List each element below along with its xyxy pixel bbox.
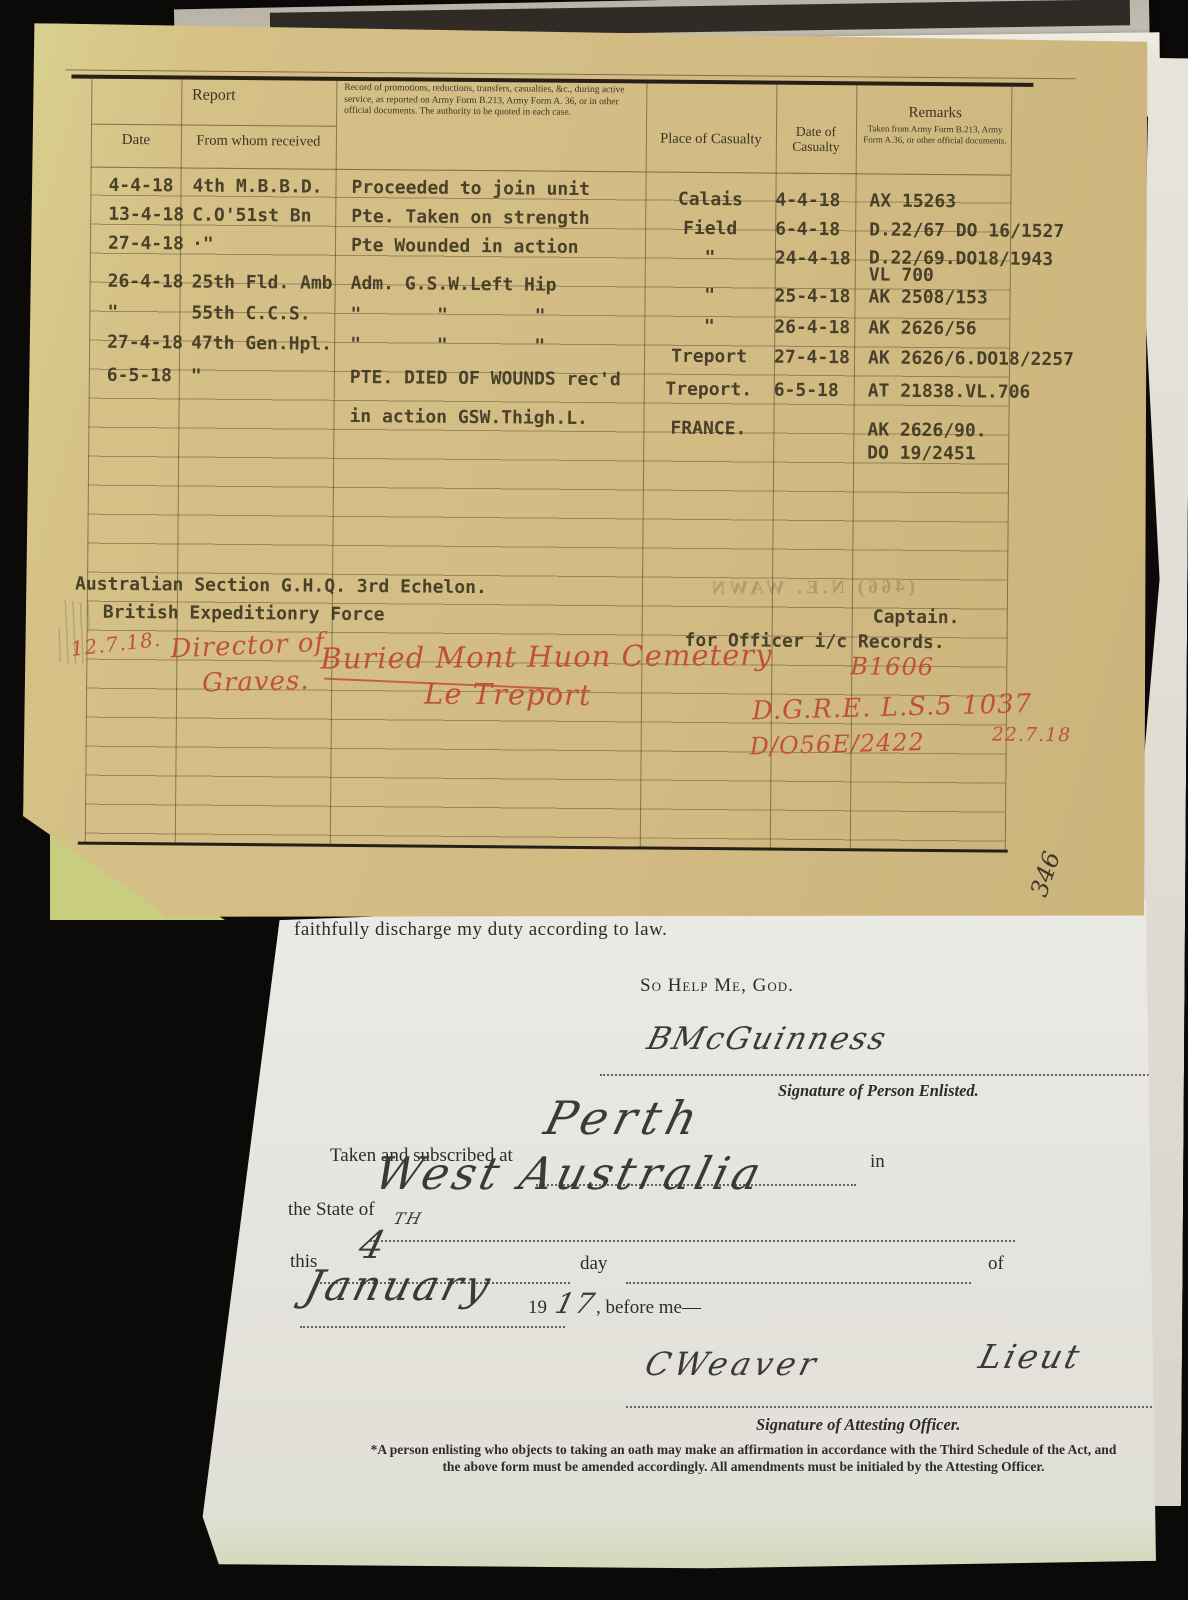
state-handwritten: West Australia xyxy=(369,1147,770,1200)
cell-date: 27-4-18 xyxy=(89,333,179,353)
day-word: day xyxy=(580,1253,607,1275)
so-help-me-god: So Help Me, God. xyxy=(640,975,794,997)
cell-from xyxy=(178,428,333,448)
cell-record: Adm. G.S.W.Left Hip xyxy=(335,274,645,296)
before-me-text: , before me— xyxy=(596,1297,701,1319)
cell-place: Calais xyxy=(645,189,775,209)
cell-place: Treport. xyxy=(644,379,774,399)
from-whom-header: From whom received xyxy=(181,132,336,150)
cell-place: Treport xyxy=(644,346,774,366)
cell-date: 6-5-18 xyxy=(89,366,179,386)
cell-place: Field xyxy=(645,218,775,238)
footnote-line-1: *A person enlisting who objects to takin… xyxy=(276,1441,1188,1458)
oath-text: faithfully discharge my duty according t… xyxy=(294,919,667,941)
remarks-header-note: Taken from Army Form B.213, Army Form A.… xyxy=(862,123,1008,145)
ghost-stamp: (466) N.E. WAWN xyxy=(635,576,915,600)
red-from-line-2: Graves. xyxy=(202,666,310,699)
officer-signature-label: Signature of Attesting Officer. xyxy=(756,1415,960,1435)
cell-casualty-date: 4-4-18 xyxy=(775,191,857,211)
red-burial-line-2: Le Treport xyxy=(424,677,592,712)
footnote: *A person enlisting who objects to takin… xyxy=(276,1441,1188,1475)
page-number-handwritten: 346 xyxy=(1025,848,1066,900)
cell-casualty-date: 27-4-18 xyxy=(774,348,856,368)
cell-date: 13-4-18 xyxy=(90,205,180,225)
report-subheader-rule xyxy=(91,124,336,127)
cell-place xyxy=(643,441,773,461)
cell-from: 25th Fld. Amb xyxy=(180,272,335,292)
section-line-2: British Expeditionry Force xyxy=(103,602,385,625)
footnote-line-2: the above form must be amended according… xyxy=(276,1458,1188,1475)
cell-record: " " " xyxy=(334,335,644,357)
signature-rule xyxy=(600,1073,1185,1076)
report-header: Report xyxy=(91,86,336,106)
cell-date xyxy=(88,405,178,425)
red-ref-3: D/O56E/2422 xyxy=(749,728,925,761)
casualty-form: Report Date From whom received Record of… xyxy=(22,23,1152,929)
cell-from: 55th C.C.S. xyxy=(179,303,334,323)
scanned-record-page: Report Date From whom received Record of… xyxy=(0,0,1188,1600)
cell-from xyxy=(178,405,333,425)
cell-date: 4-4-18 xyxy=(90,176,180,196)
cell-from: 4th M.B.B.D. xyxy=(180,176,335,196)
cell-record: Pte. Taken on strength xyxy=(335,207,645,229)
cell-from: ·" xyxy=(180,234,335,269)
officer-rank-handwritten: Lieut xyxy=(975,1337,1086,1376)
cell-casualty-date: 26-4-18 xyxy=(774,318,856,338)
place-handwritten: Perth xyxy=(539,1091,709,1145)
date-of-casualty-header: Date of Casualty xyxy=(774,124,858,155)
cell-from: " xyxy=(179,366,334,386)
red-burial-line-1: Buried Mont Huon Cemetery xyxy=(320,638,772,676)
month-handwritten: January xyxy=(300,1261,498,1310)
cell-date: 26-4-18 xyxy=(90,272,180,292)
date-header: Date xyxy=(91,132,181,150)
cell-record: " " " xyxy=(334,305,644,327)
cell-from: C.O'51st Bn xyxy=(180,205,335,225)
cell-casualty-date: 25-4-18 xyxy=(774,287,856,307)
cell-remarks: AX 15263 xyxy=(857,191,956,211)
cell-casualty-date: 6-5-18 xyxy=(774,381,856,401)
officer-signature-rule xyxy=(626,1405,1188,1408)
place-of-casualty-header: Place of Casualty xyxy=(646,131,776,149)
year-printed: 19 xyxy=(528,1297,547,1319)
year-handwritten: 17 xyxy=(552,1287,600,1320)
person-signature-label: Signature of Person Enlisted. xyxy=(778,1081,979,1101)
remarks-header: Remarks xyxy=(856,104,1014,122)
section-line-1: Australian Section G.H.Q. 3rd Echelon. xyxy=(75,574,487,599)
state-label: the State of xyxy=(288,1199,375,1221)
cell-remarks: AK 2626/56 xyxy=(856,318,977,338)
red-ref-4: 22.7.18 xyxy=(992,724,1072,747)
cell-remarks: AK 2626/6.DO18/2257 xyxy=(856,348,1074,369)
cell-record: in action GSW.Thigh.L. xyxy=(333,407,643,429)
cell-remarks: AT 21838.VL.706 xyxy=(856,381,1031,402)
cell-date: 27-4-18 xyxy=(90,234,180,269)
cell-record: Pte Wounded in action xyxy=(335,236,645,273)
cell-remarks: DO 19/2451 xyxy=(855,443,976,463)
cell-record xyxy=(333,430,643,452)
cell-casualty-date: 6-4-18 xyxy=(775,220,857,240)
cell-remarks: AK 2508/153 xyxy=(856,287,987,307)
officer-signature: CWeaver xyxy=(641,1345,824,1383)
cell-date xyxy=(88,428,178,448)
day-ordinal-suffix: TH xyxy=(392,1209,425,1228)
cell-record: PTE. DIED OF WOUNDS rec'd xyxy=(334,368,644,390)
cell-place: " xyxy=(644,285,774,305)
of-word: of xyxy=(988,1253,1004,1275)
cell-remarks: D.22/67 DO 16/1527 xyxy=(857,220,1064,241)
record-header-note: Record of promotions, reductions, transf… xyxy=(344,83,641,120)
month-rule xyxy=(300,1325,565,1328)
attestation-page: faithfully discharge my duty according t… xyxy=(148,893,1160,1571)
red-ref-1: B1606 xyxy=(850,652,934,681)
in-word: in xyxy=(870,1151,885,1173)
cell-record: Proceeded to join unit xyxy=(335,178,645,200)
captain-label: Captain. xyxy=(873,606,960,628)
person-signature: BMcGuinness xyxy=(644,1021,892,1057)
cell-place: " xyxy=(644,316,774,336)
day-rule-2 xyxy=(626,1281,971,1284)
cell-date: " xyxy=(89,303,179,323)
cell-casualty-date xyxy=(773,443,855,463)
cell-from: 47th Gen.Hpl. xyxy=(179,333,334,353)
state-rule xyxy=(370,1239,1015,1242)
